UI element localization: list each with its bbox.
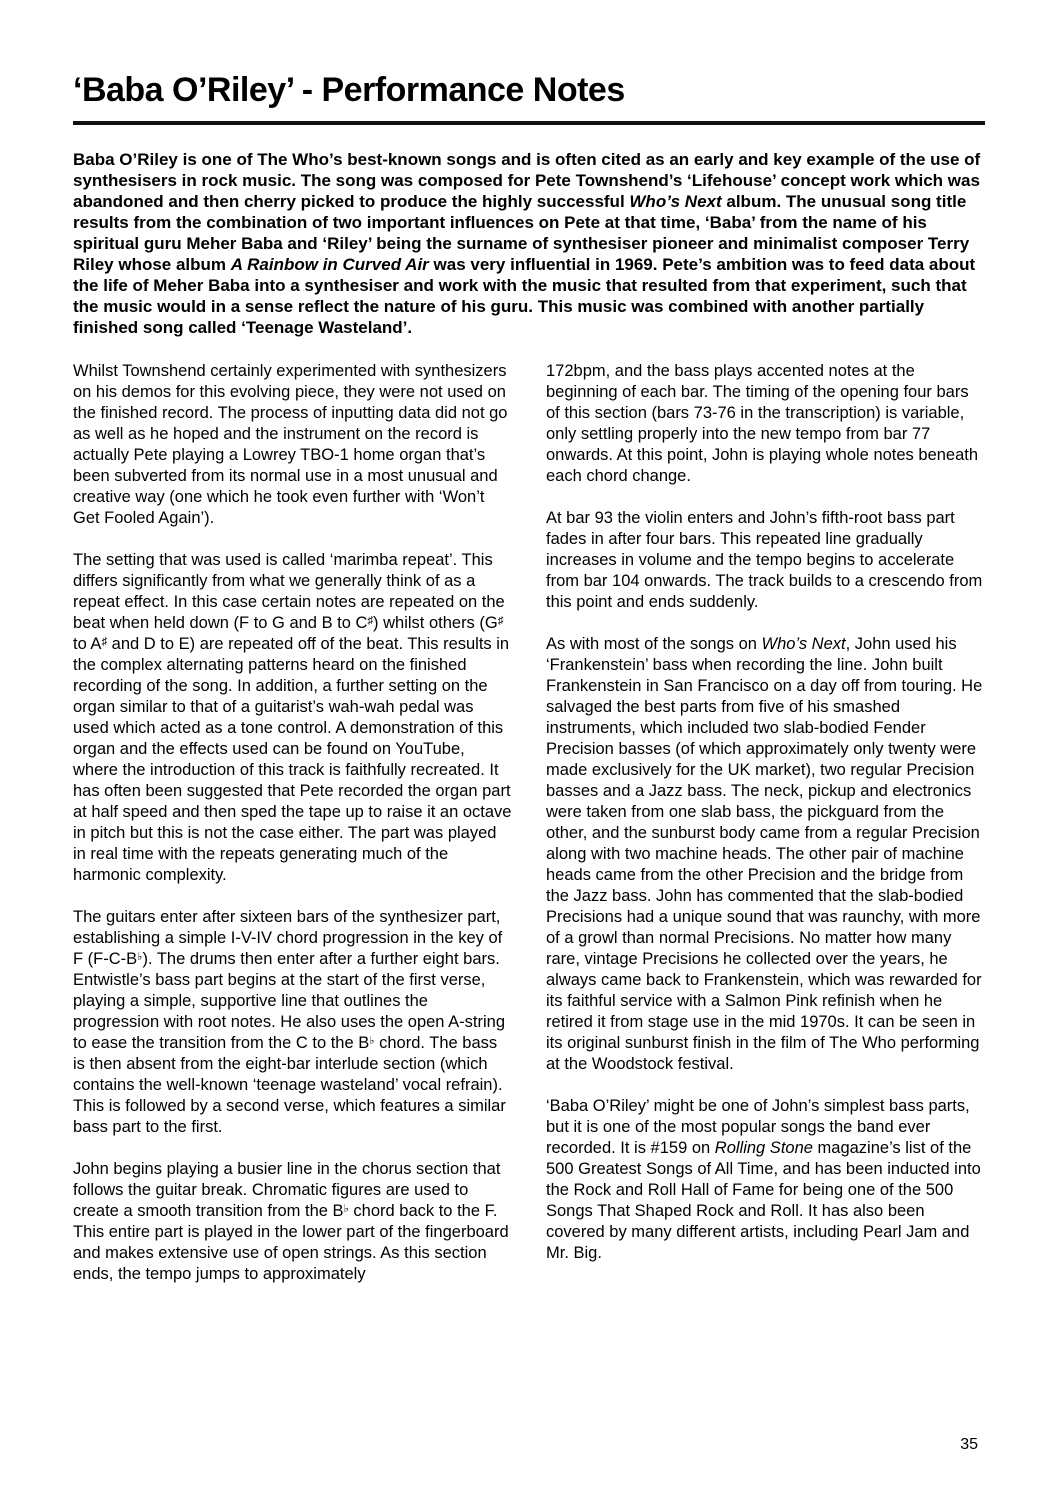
body-paragraph: As with most of the songs on Who’s Next,… [546, 634, 985, 1075]
body-paragraph: Whilst Townshend certainly experimented … [73, 361, 512, 529]
page-number: 35 [960, 1436, 978, 1454]
text-run: ) whilst others (G [373, 614, 498, 632]
body-paragraph: ‘Baba O’Riley’ might be one of John’s si… [546, 1096, 985, 1264]
left-column: Whilst Townshend certainly experimented … [73, 361, 512, 1306]
text-run: Whilst Townshend certainly experimented … [73, 362, 507, 527]
body-paragraph: The guitars enter after sixteen bars of … [73, 907, 512, 1138]
body-columns: Whilst Townshend certainly experimented … [73, 361, 985, 1306]
title-rule [73, 121, 985, 125]
body-paragraph: The setting that was used is called ‘mar… [73, 550, 512, 886]
body-paragraph: John begins playing a busier line in the… [73, 1159, 512, 1285]
page-title: ‘Baba O’Riley’ - Performance Notes [73, 70, 985, 111]
text-run: and D to E) are repeated off of the beat… [73, 635, 511, 884]
intro-paragraph: Baba O’Riley is one of The Who’s best-kn… [73, 149, 985, 338]
text-run: At bar 93 the violin enters and John’s f… [546, 509, 982, 611]
document-page: ‘Baba O’Riley’ - Performance Notes Baba … [0, 0, 1058, 1500]
body-paragraph: 172bpm, and the bass plays accented note… [546, 361, 985, 487]
right-column: 172bpm, and the bass plays accented note… [546, 361, 985, 1306]
text-run: 172bpm, and the bass plays accented note… [546, 362, 978, 485]
italic-text-run: A Rainbow in Curved Air [231, 255, 429, 274]
text-run: , John used his ‘Frankenstein’ bass when… [546, 635, 982, 1073]
text-run: As with most of the songs on [546, 635, 762, 653]
italic-text-run: Rolling Stone [715, 1139, 813, 1157]
italic-text-run: Who’s Next [629, 192, 721, 211]
text-run: magazine’s list of the 500 Greatest Song… [546, 1139, 981, 1262]
superscript-accidental: ♯ [498, 615, 504, 627]
text-run: to A [73, 635, 101, 653]
body-paragraph: At bar 93 the violin enters and John’s f… [546, 508, 985, 613]
italic-text-run: Who’s Next [762, 635, 846, 653]
